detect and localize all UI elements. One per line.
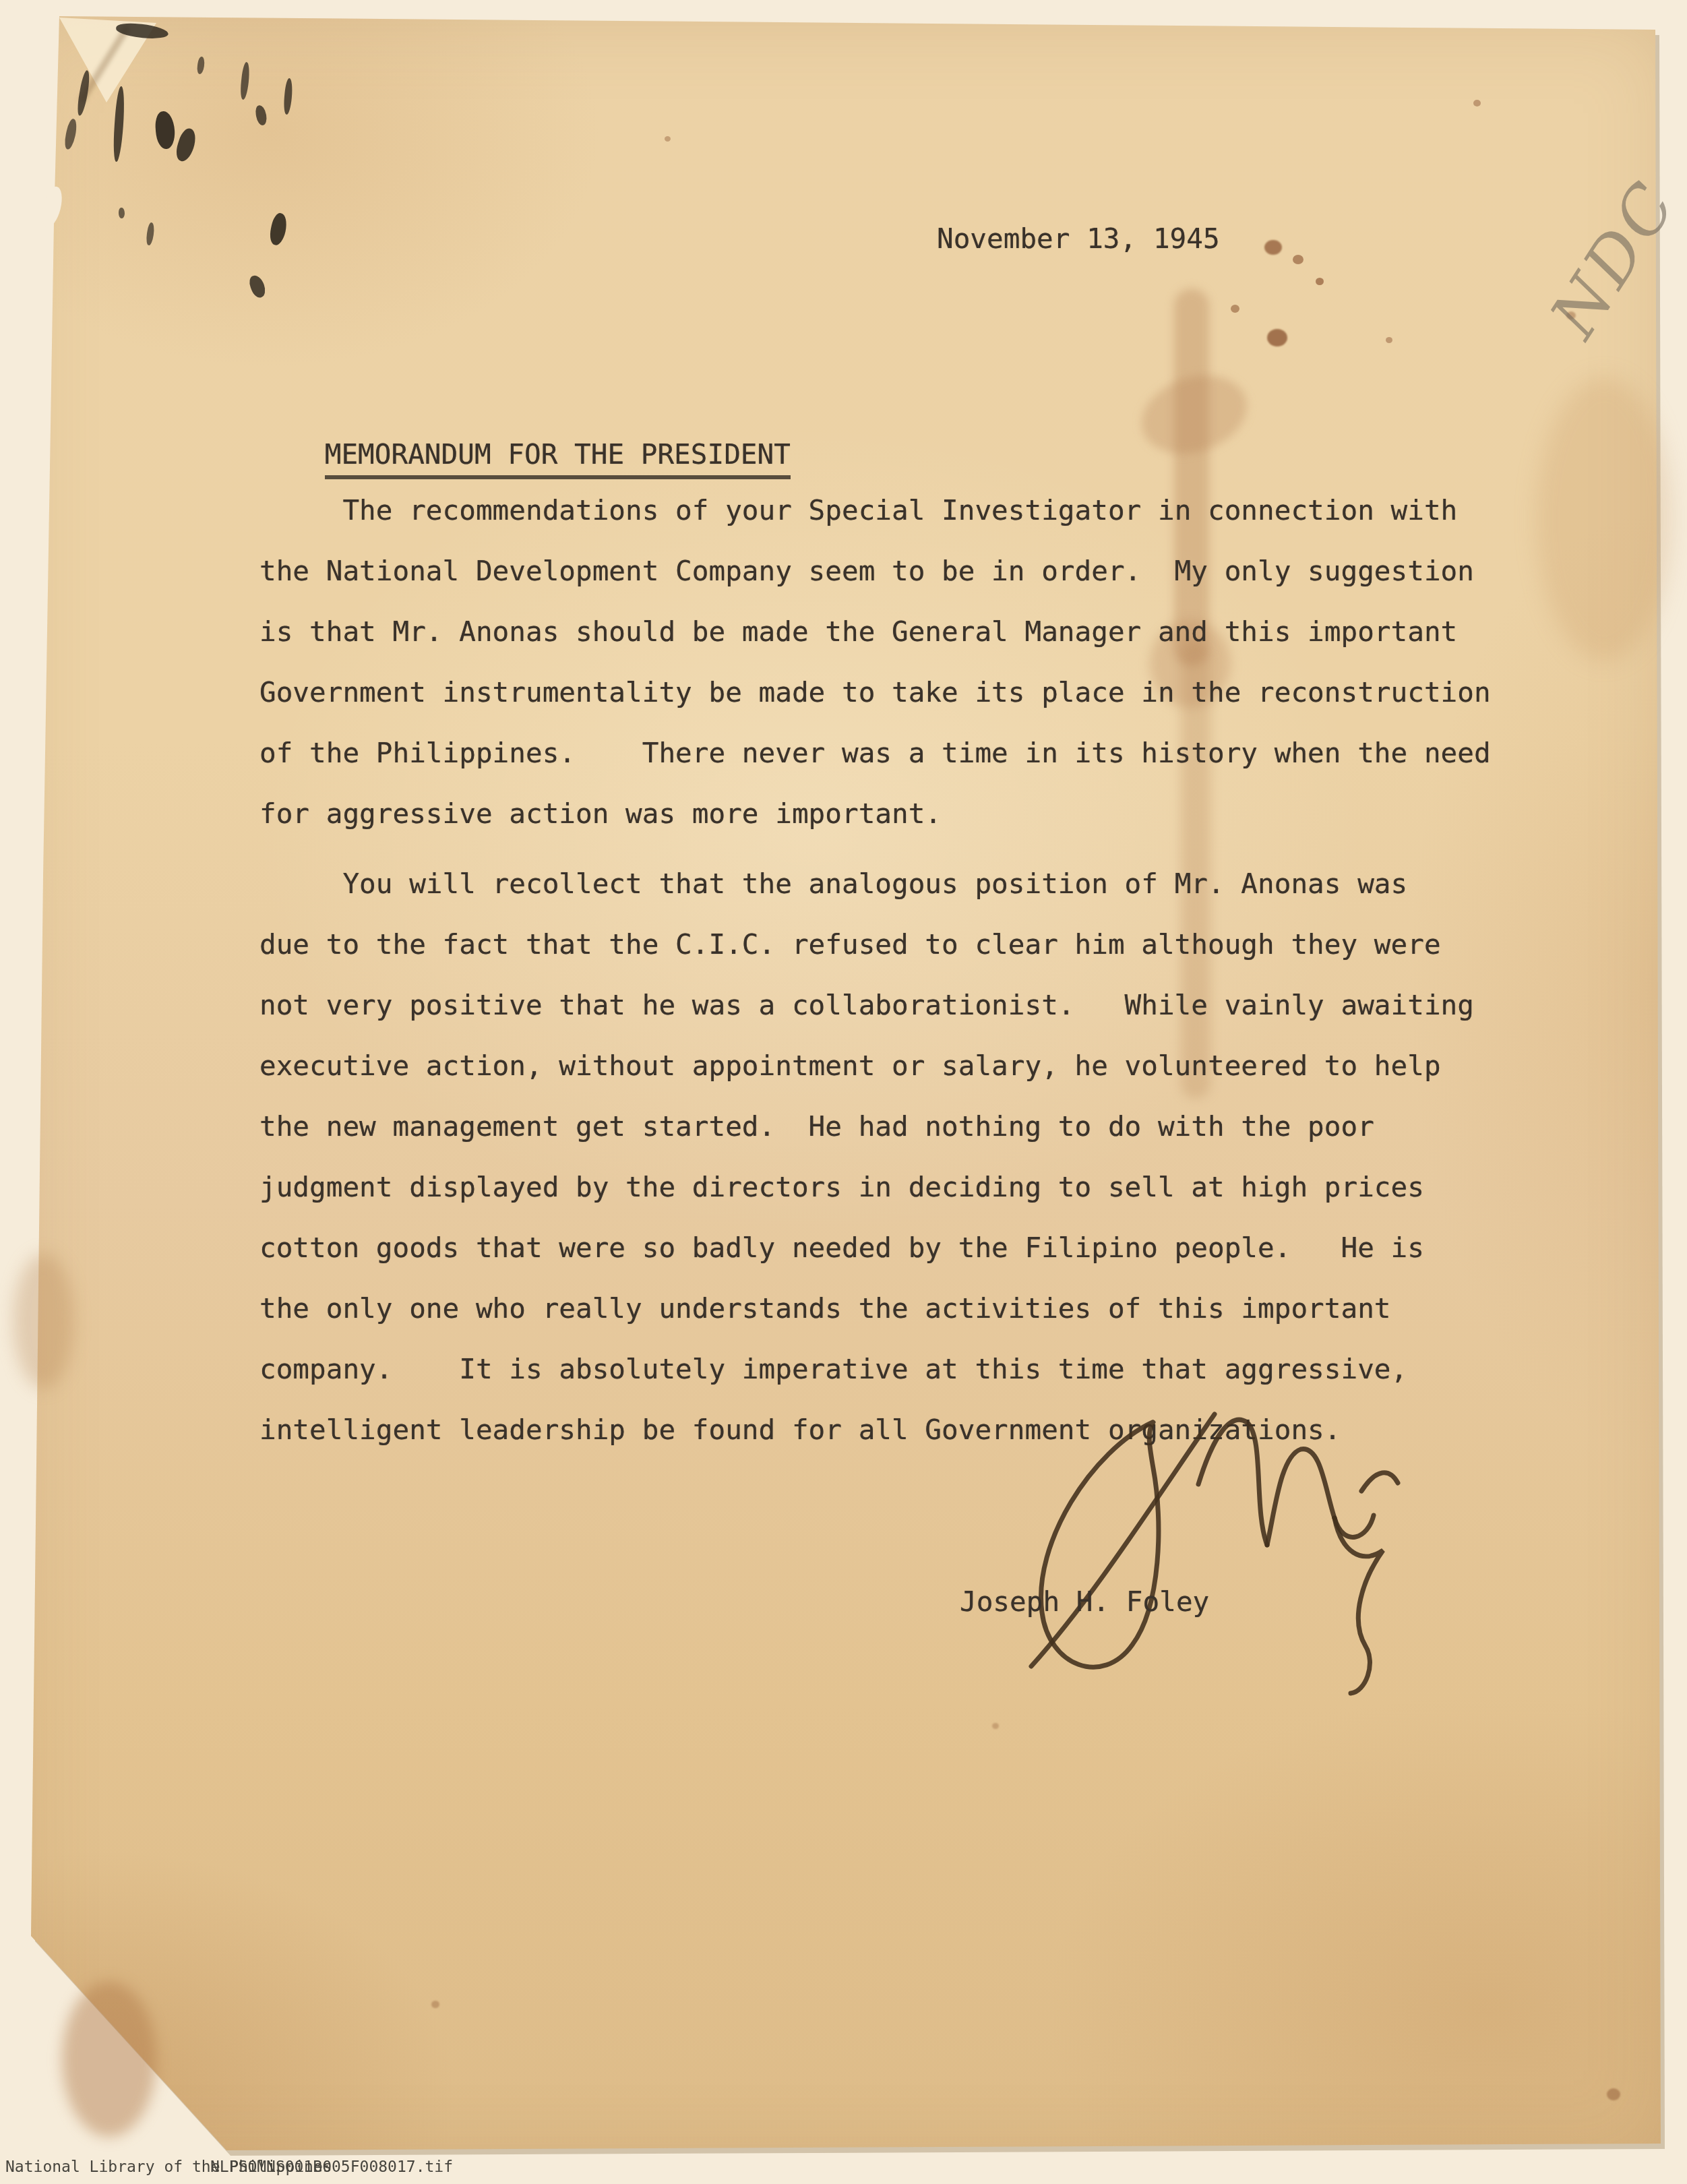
footer-filename-label: NLPSOMNS001B005F008017.tif [210,2158,453,2176]
memo-paragraph-2: You will recollect that the analogous po… [259,853,1533,1460]
signer-typed-name: Joseph H. Foley [960,1585,1209,1618]
scanned-memo-page: November 13, 1945 NDC MEMORANDUM FOR THE… [0,0,1687,2184]
memo-paragraph-1: The recommendations of your Special Inve… [259,480,1533,844]
memo-title-text: MEMORANDUM FOR THE PRESIDENT [325,438,791,479]
signature-scribble [930,1375,1415,1739]
date-line: November 13, 1945 [937,222,1220,255]
